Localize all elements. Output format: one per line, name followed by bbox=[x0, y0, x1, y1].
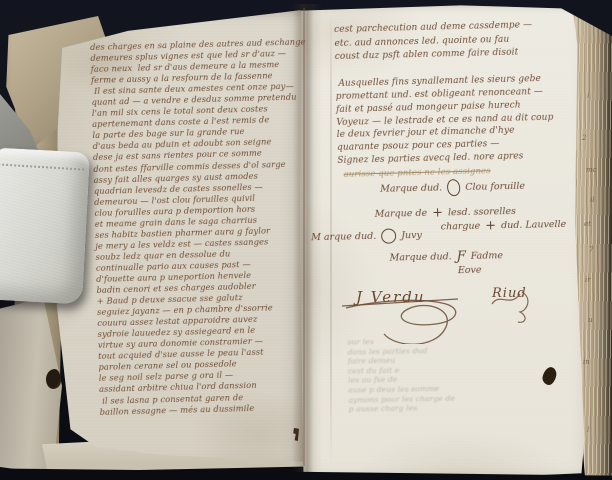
fore-edge-mark: 7 bbox=[589, 246, 593, 254]
marque-name: Clou foruille bbox=[465, 181, 525, 193]
marque-label: chargue bbox=[441, 221, 481, 233]
closing-formula: cest parchecution aud deme cassdempe —et… bbox=[334, 18, 575, 65]
signature-flourish-icon bbox=[488, 288, 540, 328]
cross-mark-icon: + bbox=[432, 208, 443, 218]
marque-label: Marque dud. bbox=[389, 251, 451, 263]
marque-name: lesd. ssorelles bbox=[448, 206, 516, 218]
paraph-mark-icon: Ƒ bbox=[457, 249, 466, 264]
showthrough-text: sur lesdans les parties dudfaire demeuce… bbox=[347, 334, 528, 414]
marque-row: Marque dud. Clou foruille bbox=[380, 176, 588, 197]
attestation-paragraph: Ausquelles fins synallemant les sieurs g… bbox=[335, 72, 577, 168]
marque-row: M arque dud. Juvy chargue + dud. Lauvell… bbox=[311, 224, 589, 245]
marque-name: Juvy bbox=[401, 230, 422, 241]
manuscript-photo: des charges en sa plaine des autres aud … bbox=[0, 0, 612, 480]
fore-edge-mark: 2 bbox=[582, 134, 586, 142]
fore-edge-mark: u bbox=[588, 316, 593, 324]
marque-subrow: chargue + dud. Lauvelle bbox=[441, 219, 567, 233]
right-page-text: cest parchecution aud deme cassdempe —et… bbox=[334, 18, 578, 180]
marque-label: Marque dud. bbox=[380, 182, 442, 194]
fore-edge-mark: mc bbox=[586, 166, 597, 174]
cross-mark-icon: + bbox=[485, 221, 496, 231]
left-page-text: des charges en sa plaine des autres aud … bbox=[90, 36, 314, 417]
oval-mark-icon bbox=[446, 178, 461, 197]
marque-label: Marque de bbox=[375, 208, 428, 220]
fore-edge-mark: i bbox=[587, 92, 589, 100]
fore-edge-mark: in bbox=[583, 358, 590, 366]
fore-edge-mark: et bbox=[584, 220, 591, 228]
marque-label: M arque dud. bbox=[311, 231, 376, 243]
fore-edge-mark: l bbox=[587, 426, 589, 434]
notarial-marks-block: Marque dud. Clou foruille Marque de + le… bbox=[320, 176, 590, 279]
circled-cross-mark-icon bbox=[381, 228, 396, 243]
fore-edge-mark: il bbox=[590, 196, 594, 204]
fore-edge-mark: ir bbox=[585, 276, 591, 284]
marque-name: dud. Lauvelle bbox=[501, 219, 566, 231]
marque-row: Marque de + lesd. ssorelles bbox=[375, 204, 589, 219]
marque-name: Fadme bbox=[471, 250, 504, 262]
ink-blot-left bbox=[46, 369, 61, 389]
fore-edge-ink-marks: i2mcilet7iruinl bbox=[578, 58, 608, 468]
